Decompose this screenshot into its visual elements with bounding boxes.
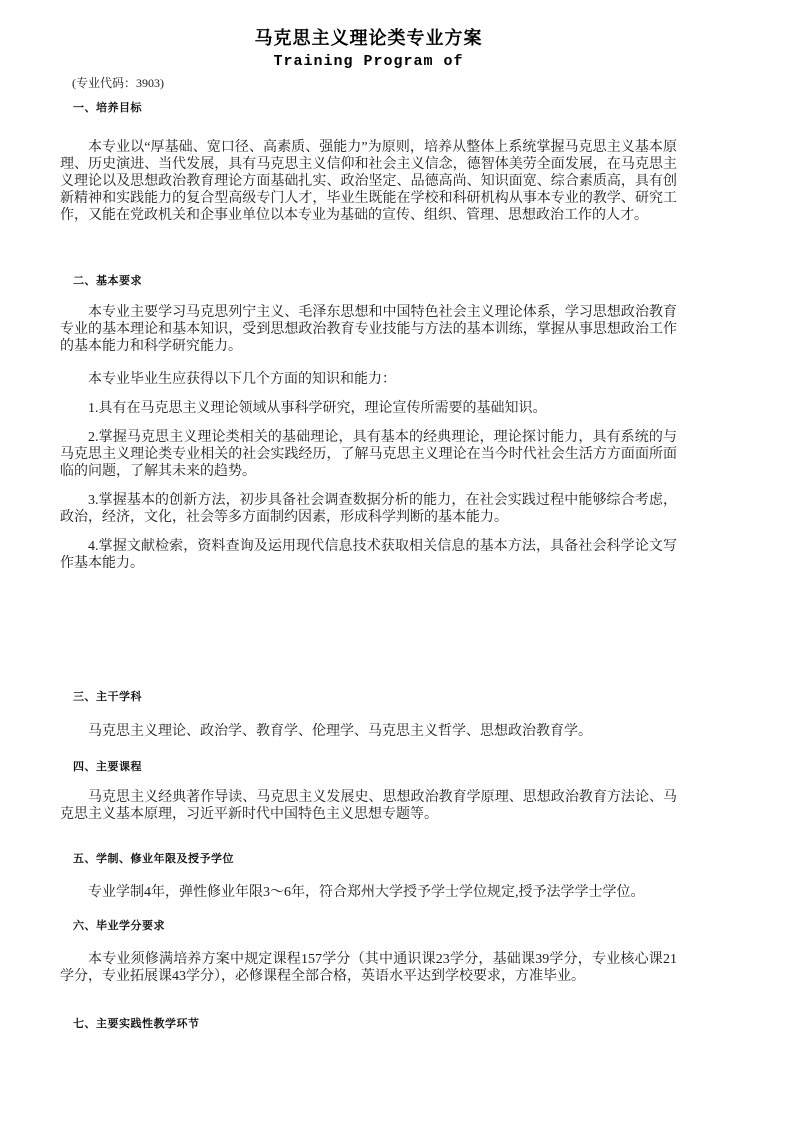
- paragraph-graduation-credits: 本专业须修满培养方案中规定课程157学分（其中通识课23学分，基础课39学分，专…: [60, 951, 677, 985]
- section-heading-basic-requirements: 二、基本要求: [60, 274, 677, 288]
- document-title-chinese: 马克思主义理论类专业方案: [60, 26, 677, 50]
- section-heading-schooling-degree: 五、学制、修业年限及授予学位: [60, 852, 677, 866]
- list-item-requirement-3: 3.掌握基本的创新方法，初步具备社会调查数据分析的能力，在社会实践过程中能够综合…: [60, 492, 677, 526]
- paragraph-main-courses: 马克思主义经典著作导读、马克思主义发展史、思想政治教育学原理、思想政治教育方法论…: [60, 789, 677, 823]
- paragraph-schooling-degree: 专业学制4年，弹性修业年限3～6年，符合郑州大学授予学士学位规定,授予法学学士学…: [60, 884, 677, 901]
- list-item-requirement-1: 1.具有在马克思主义理论领域从事科学研究，理论宣传所需要的基础知识。: [60, 400, 677, 417]
- list-item-requirement-2: 2.掌握马克思主义理论类相关的基础理论，具有基本的经典理论，理论探讨能力，具有系…: [60, 429, 677, 480]
- section-heading-training-objectives: 一、培养目标: [60, 101, 677, 115]
- document-title-english: Training Program of: [60, 52, 677, 72]
- section-heading-main-disciplines: 三、主干学科: [60, 690, 677, 704]
- paragraph-main-disciplines: 马克思主义理论、政治学、教育学、伦理学、马克思主义哲学、思想政治教育学。: [60, 723, 677, 740]
- section-heading-main-courses: 四、主要课程: [60, 760, 677, 774]
- paragraph-basic-requirements-intro: 本专业主要学习马克思列宁主义、毛泽东思想和中国特色社会主义理论体系，学习思想政治…: [60, 304, 677, 355]
- list-item-requirement-4: 4.掌握文献检索，资料查询及运用现代信息技术获取相关信息的基本方法，具备社会科学…: [60, 538, 677, 572]
- paragraph-training-objectives: 本专业以“厚基础、宽口径、高素质、强能力”为原则，培养从整体上系统掌握马克思主义…: [60, 139, 677, 224]
- major-code: (专业代码：3903): [60, 75, 677, 91]
- section-heading-practical-teaching: 七、主要实践性教学环节: [60, 1017, 677, 1031]
- section-heading-graduation-credits: 六、毕业学分要求: [60, 919, 677, 933]
- paragraph-graduate-abilities-lead: 本专业毕业生应获得以下几个方面的知识和能力：: [60, 371, 677, 388]
- document-page: 马克思主义理论类专业方案 Training Program of (专业代码：3…: [0, 0, 793, 1122]
